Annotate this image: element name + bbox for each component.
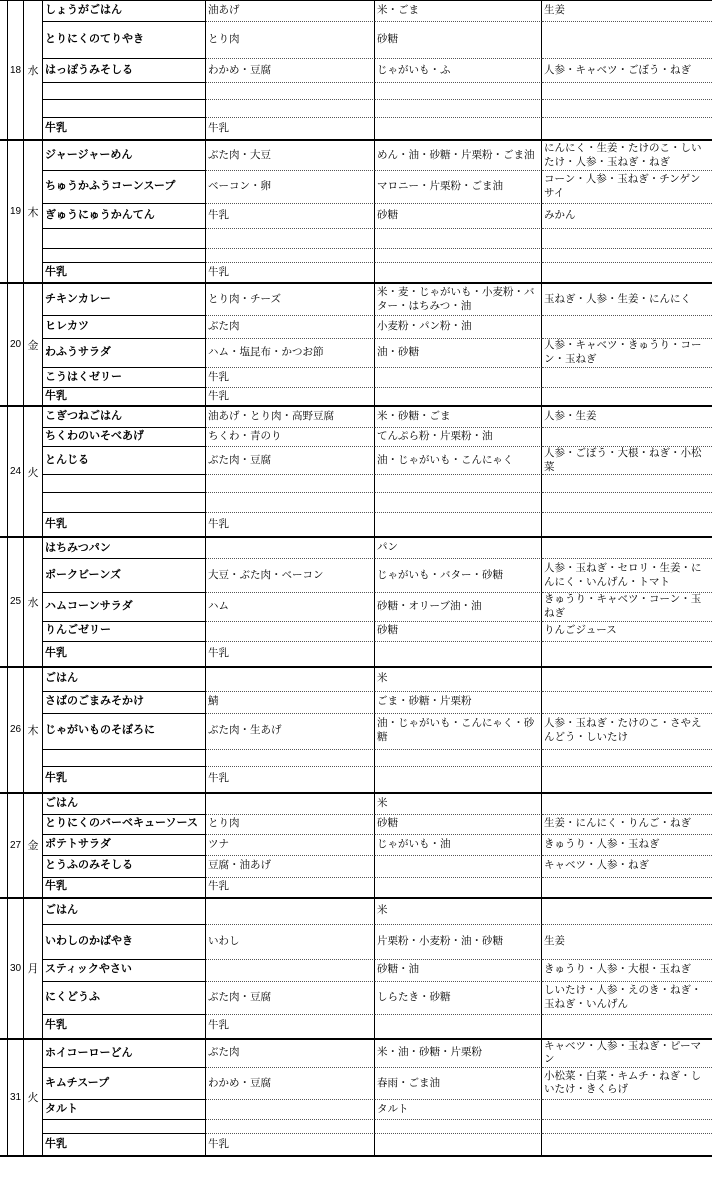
vegetable-ingredients-cell (542, 668, 712, 692)
menu-rows: こぎつねごはん 油あげ・とり肉・高野豆腐 米・砂糖・ごま 人参・生姜 ちくわのい… (43, 407, 712, 536)
energy-ingredients-cell: しらたき・砂糖 (375, 982, 542, 1015)
menu-row: 牛乳 牛乳 (43, 118, 712, 139)
day-block: 27 金 ごはん 米 とりにくのバーベキューソース とり肉 砂糖 生姜・にんにく… (0, 794, 712, 899)
date-cell: 20 (7, 284, 24, 405)
vegetable-ingredients-cell: 人参・生姜 (542, 407, 712, 428)
energy-ingredients-cell (375, 642, 542, 666)
energy-ingredients-cell: じゃがいも・ふ (375, 59, 542, 83)
energy-ingredients-cell (375, 118, 542, 139)
left-margin (0, 1040, 7, 1155)
energy-ingredients-cell: 砂糖 (375, 22, 542, 59)
vegetable-ingredients-cell (542, 249, 712, 263)
day-block: 26 木 ごはん 米 さばのごまみそかけ 鯖 ごま・砂糖・片栗粉 じゃがいものそ… (0, 668, 712, 794)
dish-name-cell (43, 229, 206, 249)
menu-row: さばのごまみそかけ 鯖 ごま・砂糖・片栗粉 (43, 692, 712, 714)
menu-row: はちみつパン パン (43, 538, 712, 559)
menu-row: いわしのかばやき いわし 片栗粉・小麦粉・油・砂糖 生姜 (43, 925, 712, 960)
protein-ingredients-cell: とり肉 (206, 815, 375, 835)
protein-ingredients-cell (206, 1100, 375, 1120)
protein-ingredients-cell: 油あげ・とり肉・高野豆腐 (206, 407, 375, 428)
vegetable-ingredients-cell (542, 538, 712, 559)
protein-ingredients-cell: 大豆・ぶた肉・ベーコン (206, 559, 375, 593)
vegetable-ingredients-cell (542, 878, 712, 897)
protein-ingredients-cell: 鯖 (206, 692, 375, 714)
protein-ingredients-cell: 牛乳 (206, 642, 375, 666)
energy-ingredients-cell (375, 1120, 542, 1134)
weekday-cell: 水 (24, 538, 43, 665)
protein-ingredients-cell (206, 100, 375, 118)
left-margin (0, 538, 7, 665)
vegetable-ingredients-cell (542, 767, 712, 792)
dish-name-cell: こうはくゼリー (43, 368, 206, 388)
menu-rows: ごはん 米 さばのごまみそかけ 鯖 ごま・砂糖・片栗粉 じゃがいものそぼろに ぶ… (43, 668, 712, 792)
protein-ingredients-cell: ハム・塩昆布・かつお節 (206, 339, 375, 368)
protein-ingredients-cell: 牛乳 (206, 368, 375, 388)
dish-name-cell (43, 475, 206, 493)
menu-row: わふうサラダ ハム・塩昆布・かつお節 油・砂糖 人参・キャベツ・きゅうり・コーン… (43, 339, 712, 368)
dish-name-cell: ぎゅうにゅうかんてん (43, 204, 206, 229)
weekday-cell: 金 (24, 794, 43, 897)
protein-ingredients-cell (206, 538, 375, 559)
protein-ingredients-cell: ぶた肉・豆腐 (206, 982, 375, 1015)
menu-rows: しょうがごはん 油あげ 米・ごま 生姜 とりにくのてりやき とり肉 砂糖 はっぽ… (43, 1, 712, 139)
vegetable-ingredients-cell: きゅうり・人参・玉ねぎ (542, 835, 712, 856)
vegetable-ingredients-cell (542, 493, 712, 513)
vegetable-ingredients-cell (542, 1015, 712, 1038)
protein-ingredients-cell (206, 750, 375, 767)
vegetable-ingredients-cell (542, 750, 712, 767)
energy-ingredients-cell: 米 (375, 668, 542, 692)
left-margin (0, 794, 7, 897)
vegetable-ingredients-cell: キャベツ・人参・玉ねぎ・ピーマン (542, 1040, 712, 1068)
dish-name-cell: しょうがごはん (43, 1, 206, 22)
protein-ingredients-cell (206, 475, 375, 493)
vegetable-ingredients-cell: 人参・キャベツ・きゅうり・コーン・玉ねぎ (542, 339, 712, 368)
vegetable-ingredients-cell (542, 475, 712, 493)
vegetable-ingredients-cell (542, 368, 712, 388)
energy-ingredients-cell (375, 475, 542, 493)
dish-name-cell: 牛乳 (43, 263, 206, 282)
energy-ingredients-cell: 米・ごま (375, 1, 542, 22)
vegetable-ingredients-cell: 生姜 (542, 1, 712, 22)
menu-row: しょうがごはん 油あげ 米・ごま 生姜 (43, 1, 712, 22)
energy-ingredients-cell: 小麦粉・パン粉・油 (375, 316, 542, 339)
vegetable-ingredients-cell (542, 118, 712, 139)
dish-name-cell: 牛乳 (43, 1015, 206, 1038)
dish-name-cell: とりにくのバーベキューソース (43, 815, 206, 835)
weekday-cell: 木 (24, 141, 43, 282)
dish-name-cell: ホイコーローどん (43, 1040, 206, 1068)
menu-row: ポテトサラダ ツナ じゃがいも・油 きゅうり・人参・玉ねぎ (43, 835, 712, 856)
protein-ingredients-cell: 牛乳 (206, 118, 375, 139)
protein-ingredients-cell: ツナ (206, 835, 375, 856)
vegetable-ingredients-cell (542, 642, 712, 666)
weekday-cell: 金 (24, 284, 43, 405)
energy-ingredients-cell: 米・砂糖・ごま (375, 407, 542, 428)
energy-ingredients-cell: じゃがいも・バター・砂糖 (375, 559, 542, 593)
left-margin (0, 284, 7, 405)
energy-ingredients-cell (375, 767, 542, 792)
energy-ingredients-cell: 砂糖 (375, 815, 542, 835)
energy-ingredients-cell: 油・じゃがいも・こんにゃく (375, 447, 542, 475)
energy-ingredients-cell (375, 388, 542, 405)
menu-row: ジャージャーめん ぶた肉・大豆 めん・油・砂糖・片栗粉・ごま油 にんにく・生姜・… (43, 141, 712, 171)
vegetable-ingredients-cell: きゅうり・人参・大根・玉ねぎ (542, 960, 712, 982)
menu-row: 牛乳 牛乳 (43, 1134, 712, 1155)
menu-row: 牛乳 牛乳 (43, 642, 712, 666)
protein-ingredients-cell: 牛乳 (206, 878, 375, 897)
menu-row: ハムコーンサラダ ハム 砂糖・オリーブ油・油 きゅうり・キャベツ・コーン・玉ねぎ (43, 593, 712, 621)
menu-rows: ジャージャーめん ぶた肉・大豆 めん・油・砂糖・片栗粉・ごま油 にんにく・生姜・… (43, 141, 712, 282)
protein-ingredients-cell (206, 1120, 375, 1134)
energy-ingredients-cell: 油・砂糖 (375, 339, 542, 368)
vegetable-ingredients-cell: きゅうり・キャベツ・コーン・玉ねぎ (542, 593, 712, 621)
dish-name-cell (43, 493, 206, 513)
protein-ingredients-cell: ぶた肉・豆腐 (206, 447, 375, 475)
dish-name-cell: チキンカレー (43, 284, 206, 316)
menu-row: はっぽうみそしる わかめ・豆腐 じゃがいも・ふ 人参・キャベツ・ごぼう・ねぎ (43, 59, 712, 83)
protein-ingredients-cell (206, 229, 375, 249)
energy-ingredients-cell: マロニー・片栗粉・ごま油 (375, 171, 542, 204)
energy-ingredients-cell (375, 83, 542, 100)
dish-name-cell: ポテトサラダ (43, 835, 206, 856)
menu-row: チキンカレー とり肉・チーズ 米・麦・じゃがいも・小麦粉・バター・はちみつ・油 … (43, 284, 712, 316)
protein-ingredients-cell: ぶた肉・生あげ (206, 714, 375, 750)
dish-name-cell: ジャージャーめん (43, 141, 206, 171)
menu-row: ちゅうかふうコーンスープ ベーコン・卵 マロニー・片栗粉・ごま油 コーン・人参・… (43, 171, 712, 204)
menu-row (43, 475, 712, 493)
dish-name-cell: ポークビーンズ (43, 559, 206, 593)
day-block: 24 火 こぎつねごはん 油あげ・とり肉・高野豆腐 米・砂糖・ごま 人参・生姜 … (0, 407, 712, 538)
menu-row: こうはくゼリー 牛乳 (43, 368, 712, 388)
protein-ingredients-cell: 牛乳 (206, 1015, 375, 1038)
vegetable-ingredients-cell: 小松菜・白菜・キムチ・ねぎ・しいたけ・きくらげ (542, 1068, 712, 1100)
menu-row: ポークビーンズ 大豆・ぶた肉・ベーコン じゃがいも・バター・砂糖 人参・玉ねぎ・… (43, 559, 712, 593)
vegetable-ingredients-cell: 人参・玉ねぎ・たけのこ・さやえんどう・しいたけ (542, 714, 712, 750)
energy-ingredients-cell (375, 750, 542, 767)
protein-ingredients-cell: 豆腐・油あげ (206, 856, 375, 878)
energy-ingredients-cell: 砂糖・油 (375, 960, 542, 982)
menu-row (43, 229, 712, 249)
menu-row: 牛乳 牛乳 (43, 388, 712, 405)
vegetable-ingredients-cell: にんにく・生姜・たけのこ・しいたけ・人参・玉ねぎ・ねぎ (542, 141, 712, 171)
energy-ingredients-cell: 油・じゃがいも・こんにゃく・砂糖 (375, 714, 542, 750)
protein-ingredients-cell (206, 899, 375, 925)
dish-name-cell: いわしのかばやき (43, 925, 206, 960)
dish-name-cell: タルト (43, 1100, 206, 1120)
dish-name-cell: わふうサラダ (43, 339, 206, 368)
protein-ingredients-cell: とり肉・チーズ (206, 284, 375, 316)
menu-row: じゃがいものそぼろに ぶた肉・生あげ 油・じゃがいも・こんにゃく・砂糖 人参・玉… (43, 714, 712, 750)
left-margin (0, 1, 7, 139)
energy-ingredients-cell: めん・油・砂糖・片栗粉・ごま油 (375, 141, 542, 171)
dish-name-cell: 牛乳 (43, 388, 206, 405)
lunch-menu-table: 18 水 しょうがごはん 油あげ 米・ごま 生姜 とりにくのてりやき とり肉 砂… (0, 0, 712, 1157)
vegetable-ingredients-cell: キャベツ・人参・ねぎ (542, 856, 712, 878)
dish-name-cell: とんじる (43, 447, 206, 475)
dish-name-cell (43, 83, 206, 100)
menu-row: スティックやさい 砂糖・油 きゅうり・人参・大根・玉ねぎ (43, 960, 712, 982)
energy-ingredients-cell: タルト (375, 1100, 542, 1120)
energy-ingredients-cell: 米 (375, 899, 542, 925)
protein-ingredients-cell: とり肉 (206, 22, 375, 59)
dish-name-cell: はっぽうみそしる (43, 59, 206, 83)
energy-ingredients-cell: 砂糖 (375, 622, 542, 642)
protein-ingredients-cell: 牛乳 (206, 204, 375, 229)
vegetable-ingredients-cell (542, 1120, 712, 1134)
date-cell: 26 (7, 668, 24, 792)
protein-ingredients-cell (206, 493, 375, 513)
menu-row: とりにくのてりやき とり肉 砂糖 (43, 22, 712, 59)
menu-row (43, 83, 712, 100)
weekday-cell: 火 (24, 1040, 43, 1155)
menu-row: とりにくのバーベキューソース とり肉 砂糖 生姜・にんにく・りんご・ねぎ (43, 815, 712, 835)
dish-name-cell: はちみつパン (43, 538, 206, 559)
dish-name-cell: さばのごまみそかけ (43, 692, 206, 714)
day-block: 19 木 ジャージャーめん ぶた肉・大豆 めん・油・砂糖・片栗粉・ごま油 にんに… (0, 141, 712, 284)
dish-name-cell: ヒレカツ (43, 316, 206, 339)
energy-ingredients-cell: 砂糖 (375, 204, 542, 229)
date-cell: 31 (7, 1040, 24, 1155)
menu-row: にくどうふ ぶた肉・豆腐 しらたき・砂糖 しいたけ・人参・えのき・ねぎ・玉ねぎ・… (43, 982, 712, 1015)
dish-name-cell: ちくわのいそべあげ (43, 428, 206, 447)
vegetable-ingredients-cell: しいたけ・人参・えのき・ねぎ・玉ねぎ・いんげん (542, 982, 712, 1015)
menu-row: こぎつねごはん 油あげ・とり肉・高野豆腐 米・砂糖・ごま 人参・生姜 (43, 407, 712, 428)
protein-ingredients-cell: ぶた肉・大豆 (206, 141, 375, 171)
left-margin (0, 899, 7, 1038)
dish-name-cell: ごはん (43, 794, 206, 815)
menu-row: とうふのみそしる 豆腐・油あげ キャベツ・人参・ねぎ (43, 856, 712, 878)
menu-row (43, 1120, 712, 1134)
menu-row (43, 249, 712, 263)
weekday-cell: 木 (24, 668, 43, 792)
dish-name-cell: じゃがいものそぼろに (43, 714, 206, 750)
protein-ingredients-cell (206, 960, 375, 982)
menu-row: 牛乳 牛乳 (43, 513, 712, 536)
protein-ingredients-cell: 牛乳 (206, 388, 375, 405)
protein-ingredients-cell (206, 249, 375, 263)
day-block: 25 水 はちみつパン パン ポークビーンズ 大豆・ぶた肉・ベーコン じゃがいも… (0, 538, 712, 667)
vegetable-ingredients-cell: 生姜・にんにく・りんご・ねぎ (542, 815, 712, 835)
energy-ingredients-cell (375, 368, 542, 388)
protein-ingredients-cell: ハム (206, 593, 375, 621)
energy-ingredients-cell: 砂糖・オリーブ油・油 (375, 593, 542, 621)
protein-ingredients-cell: わかめ・豆腐 (206, 59, 375, 83)
dish-name-cell (43, 750, 206, 767)
menu-rows: ごはん 米 いわしのかばやき いわし 片栗粉・小麦粉・油・砂糖 生姜 スティック… (43, 899, 712, 1038)
dish-name-cell: こぎつねごはん (43, 407, 206, 428)
menu-row: ごはん 米 (43, 668, 712, 692)
energy-ingredients-cell (375, 493, 542, 513)
energy-ingredients-cell: 片栗粉・小麦粉・油・砂糖 (375, 925, 542, 960)
dish-name-cell (43, 249, 206, 263)
protein-ingredients-cell (206, 668, 375, 692)
day-block: 18 水 しょうがごはん 油あげ 米・ごま 生姜 とりにくのてりやき とり肉 砂… (0, 1, 712, 141)
menu-rows: チキンカレー とり肉・チーズ 米・麦・じゃがいも・小麦粉・バター・はちみつ・油 … (43, 284, 712, 405)
dish-name-cell: 牛乳 (43, 118, 206, 139)
dish-name-cell (43, 1120, 206, 1134)
dish-name-cell: りんごゼリー (43, 622, 206, 642)
date-cell: 30 (7, 899, 24, 1038)
protein-ingredients-cell: 牛乳 (206, 513, 375, 536)
protein-ingredients-cell: ベーコン・卵 (206, 171, 375, 204)
vegetable-ingredients-cell (542, 316, 712, 339)
menu-row (43, 100, 712, 118)
energy-ingredients-cell (375, 100, 542, 118)
protein-ingredients-cell: 牛乳 (206, 263, 375, 282)
dish-name-cell: ごはん (43, 899, 206, 925)
dish-name-cell: 牛乳 (43, 1134, 206, 1155)
protein-ingredients-cell: 牛乳 (206, 767, 375, 792)
dish-name-cell: 牛乳 (43, 513, 206, 536)
energy-ingredients-cell (375, 513, 542, 536)
dish-name-cell: 牛乳 (43, 767, 206, 792)
protein-ingredients-cell: わかめ・豆腐 (206, 1068, 375, 1100)
energy-ingredients-cell: 春雨・ごま油 (375, 1068, 542, 1100)
vegetable-ingredients-cell: りんごジュース (542, 622, 712, 642)
date-cell: 27 (7, 794, 24, 897)
vegetable-ingredients-cell: 人参・キャベツ・ごぼう・ねぎ (542, 59, 712, 83)
dish-name-cell (43, 100, 206, 118)
menu-row: ホイコーローどん ぶた肉 米・油・砂糖・片栗粉 キャベツ・人参・玉ねぎ・ピーマン (43, 1040, 712, 1068)
dish-name-cell: 牛乳 (43, 642, 206, 666)
vegetable-ingredients-cell (542, 100, 712, 118)
energy-ingredients-cell: てんぷら粉・片栗粉・油 (375, 428, 542, 447)
left-margin (0, 407, 7, 536)
protein-ingredients-cell: ぶた肉 (206, 316, 375, 339)
vegetable-ingredients-cell: 人参・玉ねぎ・セロリ・生姜・にんにく・いんげん・トマト (542, 559, 712, 593)
vegetable-ingredients-cell (542, 1134, 712, 1155)
energy-ingredients-cell (375, 263, 542, 282)
protein-ingredients-cell: 油あげ (206, 1, 375, 22)
menu-row: ちくわのいそべあげ ちくわ・青のり てんぷら粉・片栗粉・油 (43, 428, 712, 447)
menu-row: 牛乳 牛乳 (43, 878, 712, 897)
protein-ingredients-cell (206, 794, 375, 815)
weekday-cell: 月 (24, 899, 43, 1038)
menu-row: 牛乳 牛乳 (43, 1015, 712, 1038)
vegetable-ingredients-cell (542, 22, 712, 59)
energy-ingredients-cell: 米 (375, 794, 542, 815)
vegetable-ingredients-cell (542, 263, 712, 282)
dish-name-cell: とうふのみそしる (43, 856, 206, 878)
vegetable-ingredients-cell (542, 388, 712, 405)
left-margin (0, 141, 7, 282)
date-cell: 19 (7, 141, 24, 282)
left-margin (0, 668, 7, 792)
menu-row: キムチスープ わかめ・豆腐 春雨・ごま油 小松菜・白菜・キムチ・ねぎ・しいたけ・… (43, 1068, 712, 1100)
vegetable-ingredients-cell (542, 692, 712, 714)
protein-ingredients-cell (206, 83, 375, 100)
protein-ingredients-cell (206, 622, 375, 642)
dish-name-cell: ハムコーンサラダ (43, 593, 206, 621)
menu-row: とんじる ぶた肉・豆腐 油・じゃがいも・こんにゃく 人参・ごぼう・大根・ねぎ・小… (43, 447, 712, 475)
day-block: 20 金 チキンカレー とり肉・チーズ 米・麦・じゃがいも・小麦粉・バター・はち… (0, 284, 712, 407)
protein-ingredients-cell: ぶた肉 (206, 1040, 375, 1068)
menu-row: ごはん 米 (43, 899, 712, 925)
menu-row (43, 750, 712, 767)
dish-name-cell: にくどうふ (43, 982, 206, 1015)
date-cell: 25 (7, 538, 24, 665)
vegetable-ingredients-cell (542, 513, 712, 536)
menu-row: ごはん 米 (43, 794, 712, 815)
energy-ingredients-cell: ごま・砂糖・片栗粉 (375, 692, 542, 714)
vegetable-ingredients-cell: コーン・人参・玉ねぎ・チンゲンサイ (542, 171, 712, 204)
energy-ingredients-cell: パン (375, 538, 542, 559)
energy-ingredients-cell (375, 878, 542, 897)
menu-row: ぎゅうにゅうかんてん 牛乳 砂糖 みかん (43, 204, 712, 229)
menu-row (43, 493, 712, 513)
energy-ingredients-cell (375, 249, 542, 263)
vegetable-ingredients-cell (542, 229, 712, 249)
dish-name-cell: ちゅうかふうコーンスープ (43, 171, 206, 204)
dish-name-cell: スティックやさい (43, 960, 206, 982)
energy-ingredients-cell (375, 229, 542, 249)
energy-ingredients-cell: じゃがいも・油 (375, 835, 542, 856)
vegetable-ingredients-cell (542, 899, 712, 925)
protein-ingredients-cell: 牛乳 (206, 1134, 375, 1155)
menu-row: 牛乳 牛乳 (43, 767, 712, 792)
weekday-cell: 火 (24, 407, 43, 536)
vegetable-ingredients-cell: みかん (542, 204, 712, 229)
date-cell: 24 (7, 407, 24, 536)
menu-rows: はちみつパン パン ポークビーンズ 大豆・ぶた肉・ベーコン じゃがいも・バター・… (43, 538, 712, 665)
energy-ingredients-cell: 米・麦・じゃがいも・小麦粉・バター・はちみつ・油 (375, 284, 542, 316)
vegetable-ingredients-cell: 人参・ごぼう・大根・ねぎ・小松菜 (542, 447, 712, 475)
dish-name-cell: とりにくのてりやき (43, 22, 206, 59)
day-block: 31 火 ホイコーローどん ぶた肉 米・油・砂糖・片栗粉 キャベツ・人参・玉ねぎ… (0, 1040, 712, 1157)
energy-ingredients-cell (375, 856, 542, 878)
menu-rows: ごはん 米 とりにくのバーベキューソース とり肉 砂糖 生姜・にんにく・りんご・… (43, 794, 712, 897)
weekday-cell: 水 (24, 1, 43, 139)
menu-row: りんごゼリー 砂糖 りんごジュース (43, 622, 712, 642)
protein-ingredients-cell: いわし (206, 925, 375, 960)
menu-row: タルト タルト (43, 1100, 712, 1120)
energy-ingredients-cell (375, 1134, 542, 1155)
vegetable-ingredients-cell (542, 428, 712, 447)
vegetable-ingredients-cell (542, 83, 712, 100)
dish-name-cell: キムチスープ (43, 1068, 206, 1100)
energy-ingredients-cell (375, 1015, 542, 1038)
vegetable-ingredients-cell (542, 1100, 712, 1120)
energy-ingredients-cell: 米・油・砂糖・片栗粉 (375, 1040, 542, 1068)
vegetable-ingredients-cell: 玉ねぎ・人参・生姜・にんにく (542, 284, 712, 316)
vegetable-ingredients-cell (542, 794, 712, 815)
dish-name-cell: 牛乳 (43, 878, 206, 897)
protein-ingredients-cell: ちくわ・青のり (206, 428, 375, 447)
dish-name-cell: ごはん (43, 668, 206, 692)
vegetable-ingredients-cell: 生姜 (542, 925, 712, 960)
menu-rows: ホイコーローどん ぶた肉 米・油・砂糖・片栗粉 キャベツ・人参・玉ねぎ・ピーマン… (43, 1040, 712, 1155)
date-cell: 18 (7, 1, 24, 139)
day-block: 30 月 ごはん 米 いわしのかばやき いわし 片栗粉・小麦粉・油・砂糖 生姜 … (0, 899, 712, 1040)
menu-row: 牛乳 牛乳 (43, 263, 712, 282)
menu-row: ヒレカツ ぶた肉 小麦粉・パン粉・油 (43, 316, 712, 339)
